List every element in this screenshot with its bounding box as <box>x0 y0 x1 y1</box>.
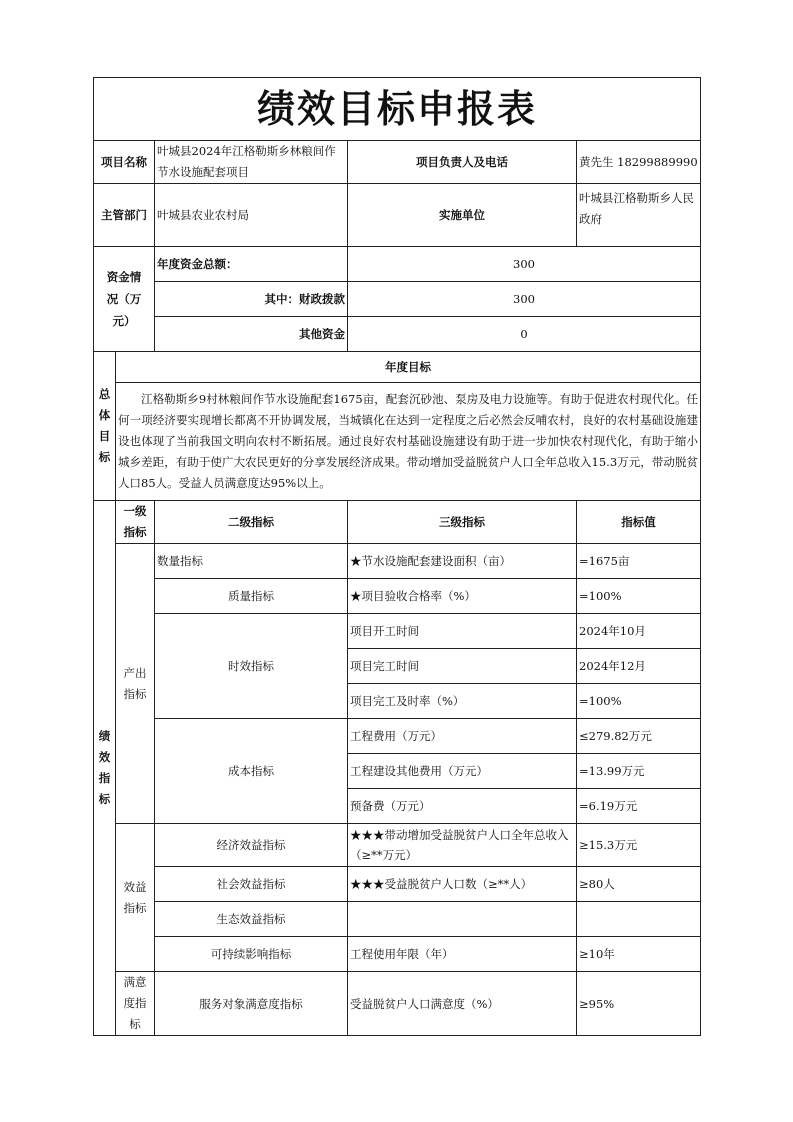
l3-cell: ★项目验收合格率（%） <box>348 579 577 614</box>
funds-fiscal-value: 300 <box>348 282 701 317</box>
project-name-label: 项目名称 <box>94 141 155 184</box>
level2-service: 服务对象满意度指标 <box>155 972 348 1036</box>
annual-goal-header: 年度目标 <box>116 352 701 383</box>
value-cell <box>577 902 701 937</box>
value-cell: =13.99万元 <box>577 754 701 789</box>
project-name-value: 叶城县2024年江格勒斯乡林粮间作节水设施配套项目 <box>155 141 348 184</box>
contact-value: 黄先生 18299889990 <box>577 141 701 184</box>
value-cell: =100% <box>577 684 701 719</box>
l3-cell: 工程费用（万元） <box>348 719 577 754</box>
level2-ecological: 生态效益指标 <box>155 902 348 937</box>
l3-cell: 项目完工及时率（%） <box>348 684 577 719</box>
funds-label: 资金情况（万元） <box>94 247 155 352</box>
l3-cell: ★节水设施配套建设面积（亩） <box>348 544 577 579</box>
overall-goal-side-label: 总体目标 <box>94 352 116 501</box>
l3-cell: ★★★受益脱贫户人口数（≥**人） <box>348 867 577 902</box>
value-cell: =100% <box>577 579 701 614</box>
performance-goal-form: 绩效目标申报表 项目名称 叶城县2024年江格勒斯乡林粮间作节水设施配套项目 项… <box>93 77 700 1036</box>
l3-cell <box>348 902 577 937</box>
level2-quantity: 数量指标 <box>155 544 348 579</box>
impl-unit-label: 实施单位 <box>348 184 577 247</box>
l3-cell: 预备费（万元） <box>348 789 577 824</box>
l3-cell: 项目完工时间 <box>348 649 577 684</box>
value-cell: ≤279.82万元 <box>577 719 701 754</box>
indicators-side-label: 绩效指标 <box>94 501 116 1036</box>
funds-other-label: 其他资金 <box>155 317 348 352</box>
value-cell: ≥95% <box>577 972 701 1036</box>
annual-goal-text: 江格勒斯乡9村林粮间作节水设施配套1675亩，配套沉砂池、泵房及电力设施等。有助… <box>116 383 701 501</box>
level1-benefit: 效益指标 <box>116 824 155 972</box>
level2-economic: 经济效益指标 <box>155 824 348 867</box>
page-title: 绩效目标申报表 <box>94 78 701 141</box>
l3-cell: 项目开工时间 <box>348 614 577 649</box>
header-value: 指标值 <box>577 501 701 544</box>
funds-fiscal-label: 其中：财政拨款 <box>155 282 348 317</box>
level2-social: 社会效益指标 <box>155 867 348 902</box>
header-level3: 三级指标 <box>348 501 577 544</box>
funds-total-value: 300 <box>348 247 701 282</box>
level2-quality: 质量指标 <box>155 579 348 614</box>
header-level1: 一级指标 <box>116 501 155 544</box>
l3-cell: 受益脱贫户人口满意度（%） <box>348 972 577 1036</box>
dept-label: 主管部门 <box>94 184 155 247</box>
l3-cell: 工程建设其他费用（万元） <box>348 754 577 789</box>
impl-unit-value: 叶城县江格勒斯乡人民政府 <box>577 184 701 247</box>
level1-satisfaction: 满意度指标 <box>116 972 155 1036</box>
value-cell: 2024年10月 <box>577 614 701 649</box>
value-cell: ≥80人 <box>577 867 701 902</box>
value-cell: =1675亩 <box>577 544 701 579</box>
value-cell: =6.19万元 <box>577 789 701 824</box>
value-cell: ≥15.3万元 <box>577 824 701 867</box>
level1-output: 产出指标 <box>116 544 155 824</box>
level2-cost: 成本指标 <box>155 719 348 824</box>
level2-timeliness: 时效指标 <box>155 614 348 719</box>
l3-cell: 工程使用年限（年） <box>348 937 577 972</box>
value-cell: 2024年12月 <box>577 649 701 684</box>
dept-value: 叶城县农业农村局 <box>155 184 348 247</box>
header-level2: 二级指标 <box>155 501 348 544</box>
level2-sustainable: 可持续影响指标 <box>155 937 348 972</box>
l3-cell: ★★★带动增加受益脱贫户人口全年总收入（≥**万元） <box>348 824 577 867</box>
form-table: 绩效目标申报表 项目名称 叶城县2024年江格勒斯乡林粮间作节水设施配套项目 项… <box>93 77 701 1036</box>
funds-total-label: 年度资金总额： <box>155 247 348 282</box>
contact-label: 项目负责人及电话 <box>348 141 577 184</box>
value-cell: ≥10年 <box>577 937 701 972</box>
funds-other-value: 0 <box>348 317 701 352</box>
